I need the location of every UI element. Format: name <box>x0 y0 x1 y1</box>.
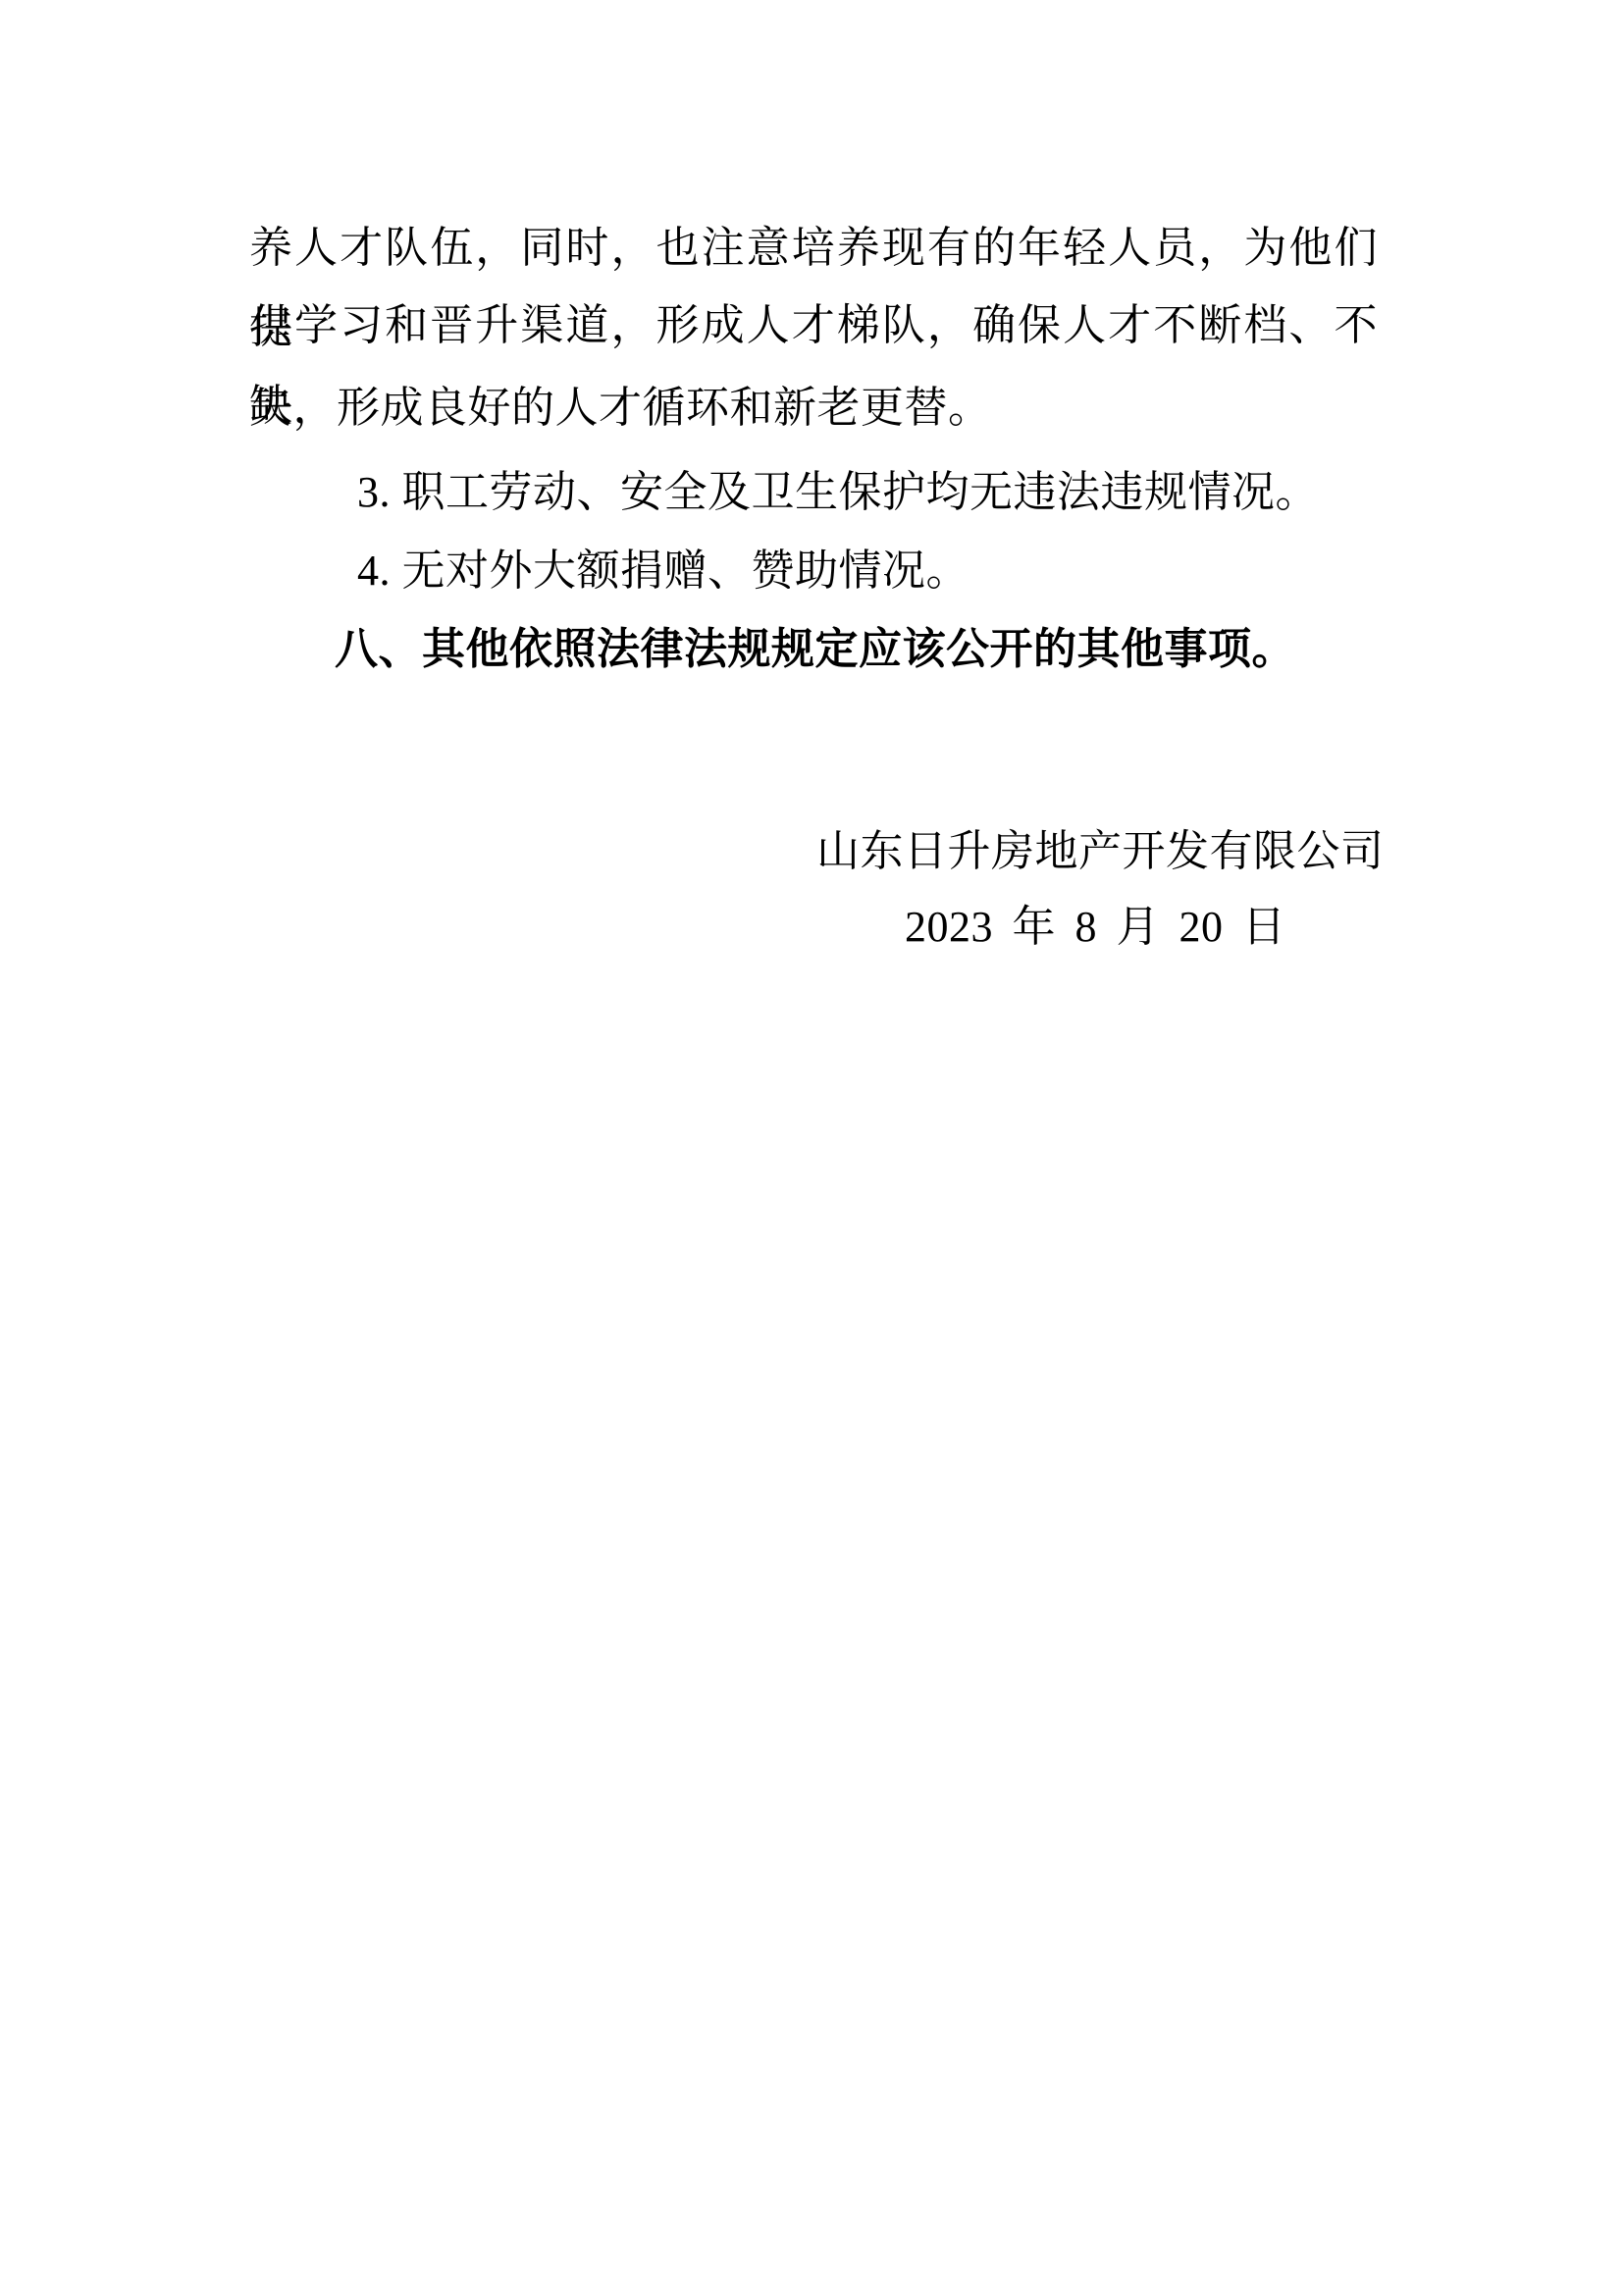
document-page: 养人才队伍，同时，也注意培养现有的年轻人员，为他们提 供学习和晋升渠道，形成人才… <box>0 0 1624 2295</box>
signature-date: 2023 年 8 月 20 日 <box>905 887 1286 967</box>
paragraph-line-3: 失，形成良好的人才循环和新老更替。 <box>249 368 992 448</box>
numbered-item-3: 3. 职工劳动、安全及卫生保护均无违法违规情况。 <box>357 452 1319 533</box>
signature-company-name: 山东日升房地产开发有限公司 <box>816 811 1385 892</box>
section-heading: 八、其他依照法律法规规定应该公开的其他事项。 <box>335 609 1295 690</box>
numbered-item-4: 4. 无对外大额捐赠、赞助情况。 <box>357 531 969 611</box>
